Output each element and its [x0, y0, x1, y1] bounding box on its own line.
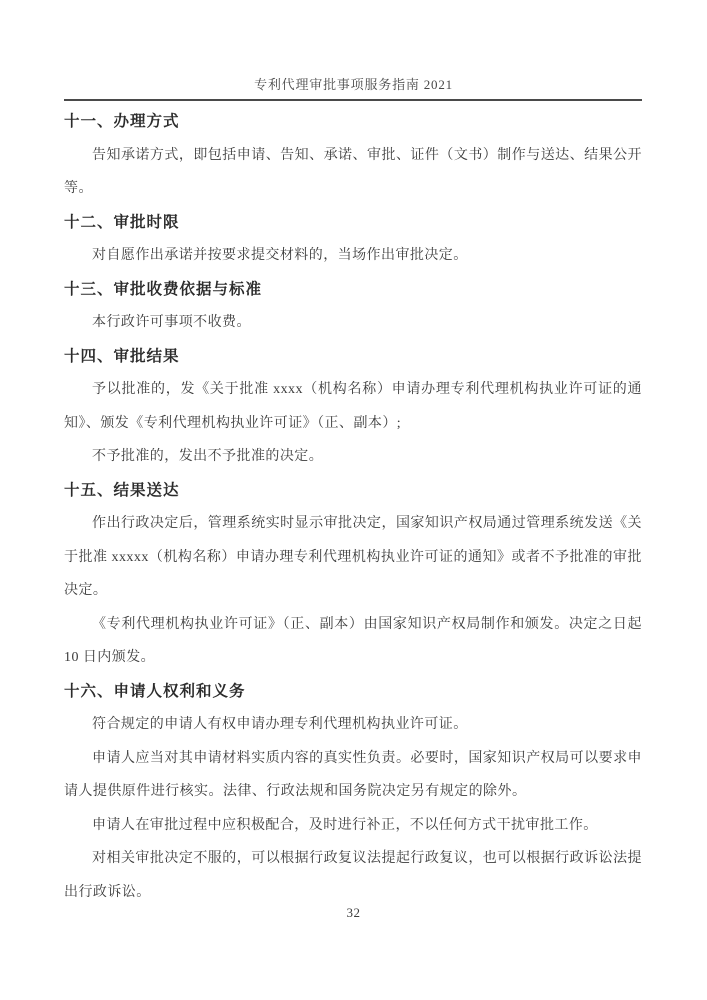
section-14: 十四、审批结果 予以批准的，发《关于批准 xxxx（机构名称）申请办理专利代理机… — [64, 340, 642, 474]
header-title: 专利代理审批事项服务指南 2021 — [0, 76, 707, 94]
document-page: 专利代理审批事项服务指南 2021 十一、办理方式 告知承诺方式，即包括申请、告… — [0, 0, 707, 1000]
section-15-paragraph-2: 《专利代理机构执业许可证》（正、副本）由国家知识产权局制作和颁发。决定之日起 1… — [64, 608, 642, 675]
section-14-paragraph-2: 不予批准的，发出不予批准的决定。 — [64, 440, 642, 474]
page-footer: 32 — [0, 903, 707, 923]
section-12: 十二、审批时限 对自愿作出承诺并按要求提交材料的，当场作出审批决定。 — [64, 206, 642, 273]
section-12-title: 十二、审批时限 — [64, 206, 642, 240]
section-16-paragraph-4: 对相关审批决定不服的，可以根据行政复议法提起行政复议，也可以根据行政诉讼法提出行… — [64, 842, 642, 909]
section-14-title: 十四、审批结果 — [64, 340, 642, 374]
section-16-paragraph-1: 符合规定的申请人有权申请办理专利代理机构执业许可证。 — [64, 708, 642, 742]
section-11-paragraph-1: 告知承诺方式，即包括申请、告知、承诺、审批、证件（文书）制作与送达、结果公开等。 — [64, 139, 642, 206]
section-11: 十一、办理方式 告知承诺方式，即包括申请、告知、承诺、审批、证件（文书）制作与送… — [64, 105, 642, 206]
section-16-paragraph-3: 申请人在审批过程中应积极配合，及时进行补正，不以任何方式干扰审批工作。 — [64, 809, 642, 843]
section-16: 十六、申请人权利和义务 符合规定的申请人有权申请办理专利代理机构执业许可证。 申… — [64, 675, 642, 910]
section-16-paragraph-2: 申请人应当对其申请材料实质内容的真实性负责。必要时，国家知识产权局可以要求申请人… — [64, 742, 642, 809]
section-11-title: 十一、办理方式 — [64, 105, 642, 139]
page-number: 32 — [0, 903, 707, 923]
section-15-paragraph-1: 作出行政决定后，管理系统实时显示审批决定，国家知识产权局通过管理系统发送《关于批… — [64, 507, 642, 608]
section-12-paragraph-1: 对自愿作出承诺并按要求提交材料的，当场作出审批决定。 — [64, 239, 642, 273]
section-13-title: 十三、审批收费依据与标准 — [64, 273, 642, 307]
document-body: 十一、办理方式 告知承诺方式，即包括申请、告知、承诺、审批、证件（文书）制作与送… — [0, 101, 707, 909]
page-header: 专利代理审批事项服务指南 2021 — [0, 0, 707, 101]
section-14-paragraph-1: 予以批准的，发《关于批准 xxxx（机构名称）申请办理专利代理机构执业许可证的通… — [64, 373, 642, 440]
section-15: 十五、结果送达 作出行政决定后，管理系统实时显示审批决定，国家知识产权局通过管理… — [64, 474, 642, 675]
section-16-title: 十六、申请人权利和义务 — [64, 675, 642, 709]
section-13: 十三、审批收费依据与标准 本行政许可事项不收费。 — [64, 273, 642, 340]
section-15-title: 十五、结果送达 — [64, 474, 642, 508]
section-13-paragraph-1: 本行政许可事项不收费。 — [64, 306, 642, 340]
